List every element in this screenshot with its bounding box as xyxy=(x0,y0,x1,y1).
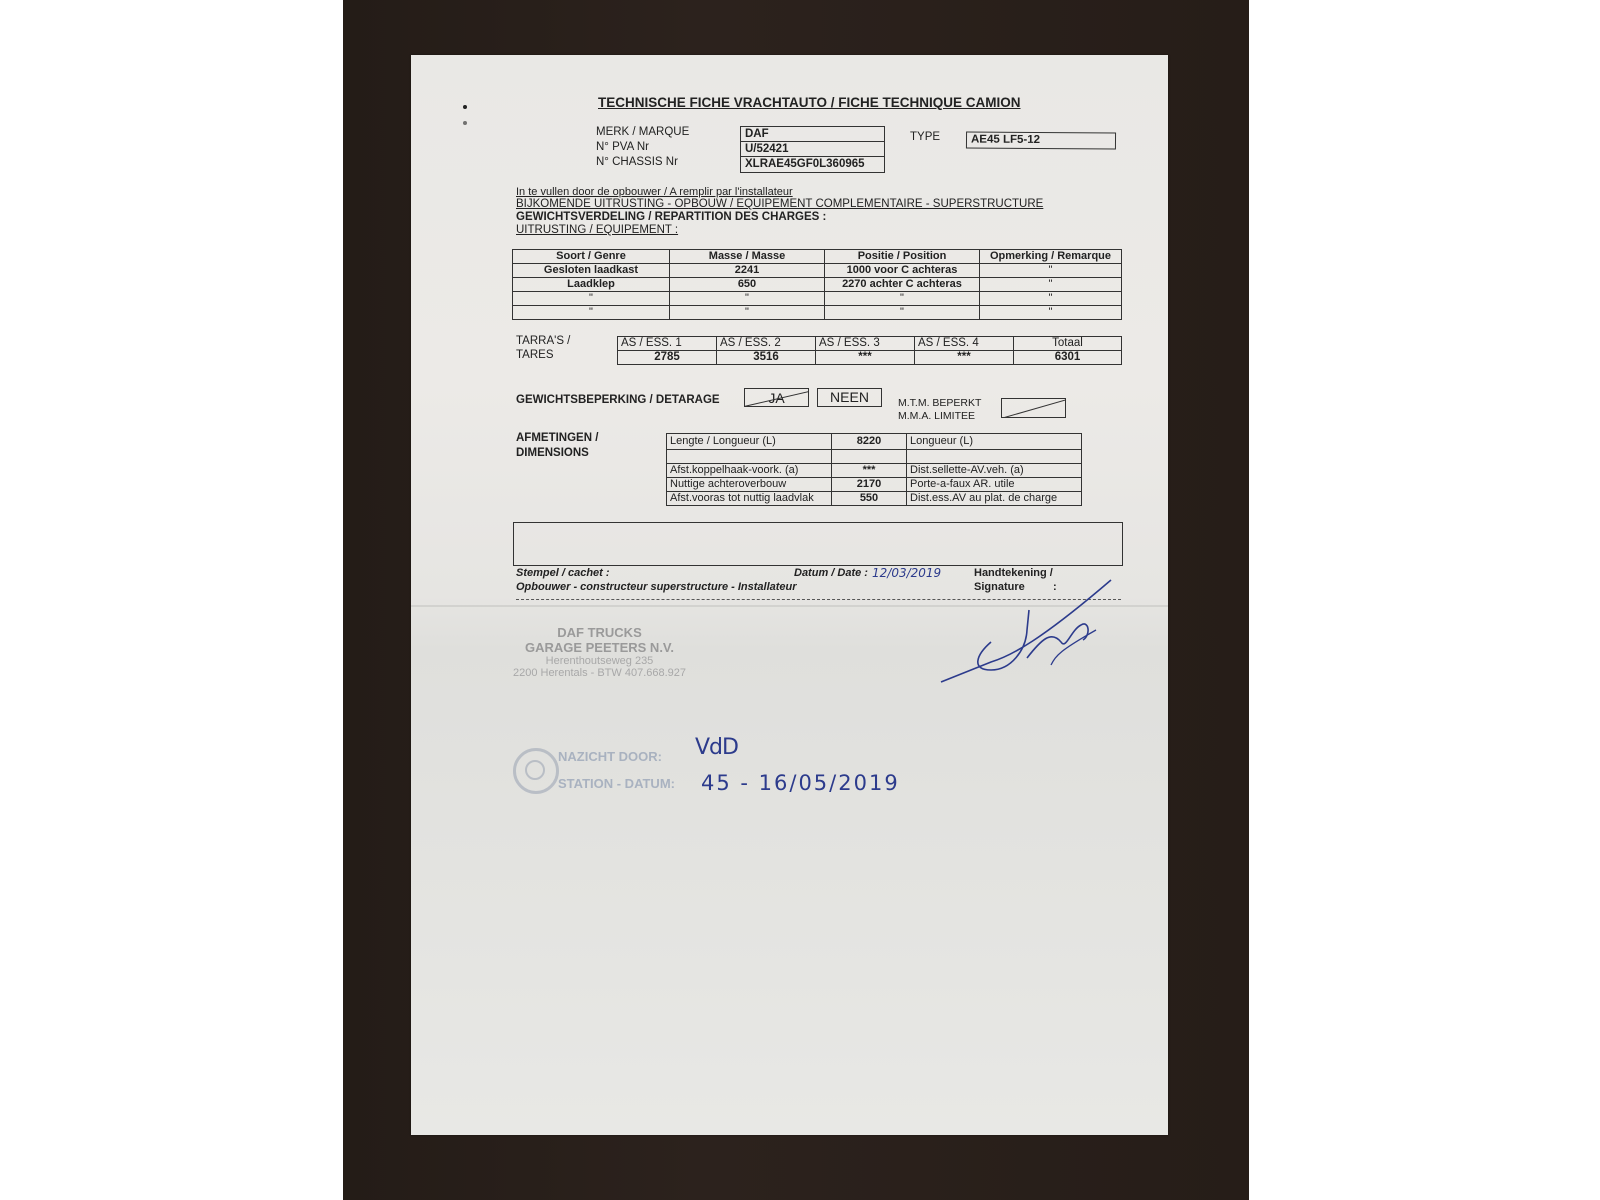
table-header: Masse / Masse xyxy=(670,250,825,264)
table-row: Afst.vooras tot nuttig laadvlak 550 Dist… xyxy=(667,492,1082,506)
axle-4-tare: *** xyxy=(915,351,1014,365)
table-row: Afst.koppelhaak-voork. (a) *** Dist.sell… xyxy=(667,464,1082,478)
table-cell: " xyxy=(670,292,825,306)
inspection-seal-icon xyxy=(513,748,559,794)
signature-scribble-icon xyxy=(931,570,1131,690)
table-header: AS / ESS. 3 xyxy=(816,337,915,351)
chassis-label: N° CHASSIS Nr xyxy=(596,156,678,168)
table-cell: 650 xyxy=(670,278,825,292)
brand-value: DAF xyxy=(740,126,885,142)
table-header: Totaal xyxy=(1014,337,1122,351)
table-cell xyxy=(667,450,832,464)
table-header: AS / ESS. 2 xyxy=(717,337,816,351)
dimensions-table: Lengte / Longueur (L) 8220 Longueur (L) … xyxy=(666,433,1082,506)
strike-through-mark xyxy=(1001,398,1066,418)
table-cell: " xyxy=(513,306,670,320)
table-cell: 8220 xyxy=(832,434,907,450)
station-date-label: STATION - DATUM: xyxy=(558,776,675,791)
equipment-header: UITRUSTING / EQUIPEMENT : xyxy=(516,224,678,236)
station-date-value: 45 - 16/05/2019 xyxy=(701,771,900,795)
table-row xyxy=(667,450,1082,464)
table-row: " " " " xyxy=(513,292,1122,306)
table-cell: " xyxy=(980,292,1122,306)
total-tare: 6301 xyxy=(1014,351,1122,365)
document-title: TECHNISCHE FICHE VRACHTAUTO / FICHE TECH… xyxy=(598,95,1021,110)
table-header-row: AS / ESS. 1 AS / ESS. 2 AS / ESS. 3 AS /… xyxy=(618,337,1122,351)
dealer-stamp-line: GARAGE PEETERS N.V. xyxy=(497,640,702,655)
pva-value: U/52421 xyxy=(740,141,885,157)
punch-hole-icon xyxy=(463,121,467,125)
table-row: " " " " xyxy=(513,306,1122,320)
table-cell: Dist.ess.AV au plat. de charge xyxy=(907,492,1082,506)
table-row: Nuttige achteroverbouw 2170 Porte-a-faux… xyxy=(667,478,1082,492)
mtm-label-fr: M.M.A. LIMITEE xyxy=(898,410,975,422)
table-cell: Lengte / Longueur (L) xyxy=(667,434,832,450)
weight-limit-label: GEWICHTSBEPERKING / DETARAGE xyxy=(516,394,720,406)
extra-equipment-header: BIJKOMENDE UITRUSTING - OPBOUW / EQUIPEM… xyxy=(516,198,1043,210)
option-ja-box: JA xyxy=(744,388,809,407)
table-row: Gesloten laadkast 2241 1000 voor C achte… xyxy=(513,264,1122,278)
tares-table: AS / ESS. 1 AS / ESS. 2 AS / ESS. 3 AS /… xyxy=(617,336,1122,365)
option-neen-box: NEEN xyxy=(817,388,882,407)
table-row: Laadklep 650 2270 achter C achteras " xyxy=(513,278,1122,292)
table-cell xyxy=(907,450,1082,464)
installer-label: Opbouwer - constructeur superstructure -… xyxy=(516,581,797,593)
table-cell: " xyxy=(825,292,980,306)
inspector-initials: VdD xyxy=(695,735,738,760)
dealer-stamp: DAF TRUCKS GARAGE PEETERS N.V. Herenthou… xyxy=(497,625,702,679)
table-cell: Nuttige achteroverbouw xyxy=(667,478,832,492)
punch-hole-icon xyxy=(463,105,467,109)
fill-in-instruction: In te vullen door de opbouwer / A rempli… xyxy=(516,186,793,198)
table-cell: " xyxy=(980,278,1122,292)
weight-distribution-header: GEWICHTSVERDELING / REPARTITION DES CHAR… xyxy=(516,211,826,223)
table-cell: Longueur (L) xyxy=(907,434,1082,450)
table-cell: " xyxy=(980,264,1122,278)
pva-label: N° PVA Nr xyxy=(596,141,649,153)
dimensions-label-fr: DIMENSIONS xyxy=(516,447,589,459)
inspected-by-label: NAZICHT DOOR: xyxy=(558,749,662,764)
table-cell: " xyxy=(513,292,670,306)
dealer-stamp-line: Herenthoutseweg 235 xyxy=(497,655,702,667)
table-cell: " xyxy=(670,306,825,320)
table-cell: 550 xyxy=(832,492,907,506)
brand-label: MERK / MARQUE xyxy=(596,126,689,138)
axle-1-tare: 2785 xyxy=(618,351,717,365)
table-header: Soort / Genre xyxy=(513,250,670,264)
mtm-label-nl: M.T.M. BEPERKT xyxy=(898,397,981,409)
table-header: Positie / Position xyxy=(825,250,980,264)
table-cell: Afst.koppelhaak-voork. (a) xyxy=(667,464,832,478)
table-cell: 2170 xyxy=(832,478,907,492)
type-value: AE45 LF5-12 xyxy=(966,131,1116,149)
technical-sheet-paper: TECHNISCHE FICHE VRACHTAUTO / FICHE TECH… xyxy=(411,55,1168,1135)
chassis-value: XLRAE45GF0L360965 xyxy=(740,156,885,173)
table-cell: Dist.sellette-AV.veh. (a) xyxy=(907,464,1082,478)
table-cell xyxy=(832,450,907,464)
axle-3-tare: *** xyxy=(816,351,915,365)
table-cell: Gesloten laadkast xyxy=(513,264,670,278)
date-label: Datum / Date : xyxy=(794,567,868,579)
tares-label-fr: TARES xyxy=(516,349,554,361)
table-row: Lengte / Longueur (L) 8220 Longueur (L) xyxy=(667,434,1082,450)
tares-label-nl: TARRA'S / xyxy=(516,335,570,347)
table-header: Opmerking / Remarque xyxy=(980,250,1122,264)
table-header: AS / ESS. 4 xyxy=(915,337,1014,351)
table-header-row: Soort / Genre Masse / Masse Positie / Po… xyxy=(513,250,1122,264)
table-cell: *** xyxy=(832,464,907,478)
table-cell: 2270 achter C achteras xyxy=(825,278,980,292)
type-label: TYPE xyxy=(910,131,940,143)
dimensions-label-nl: AFMETINGEN / xyxy=(516,432,598,444)
equipment-table: Soort / Genre Masse / Masse Positie / Po… xyxy=(512,249,1122,320)
mtm-value-box xyxy=(1001,398,1066,418)
table-cell: " xyxy=(980,306,1122,320)
table-cell: " xyxy=(825,306,980,320)
table-cell: Laadklep xyxy=(513,278,670,292)
dealer-stamp-line: 2200 Herentals - BTW 407.668.927 xyxy=(497,667,702,679)
axle-2-tare: 3516 xyxy=(717,351,816,365)
table-cell: 1000 voor C achteras xyxy=(825,264,980,278)
table-cell: Porte-a-faux AR. utile xyxy=(907,478,1082,492)
table-header: AS / ESS. 1 xyxy=(618,337,717,351)
dealer-stamp-line: DAF TRUCKS xyxy=(497,625,702,640)
table-row: 2785 3516 *** *** 6301 xyxy=(618,351,1122,365)
table-cell: 2241 xyxy=(670,264,825,278)
remarks-box xyxy=(513,522,1123,566)
stamp-label: Stempel / cachet : xyxy=(516,567,610,579)
table-cell: Afst.vooras tot nuttig laadvlak xyxy=(667,492,832,506)
